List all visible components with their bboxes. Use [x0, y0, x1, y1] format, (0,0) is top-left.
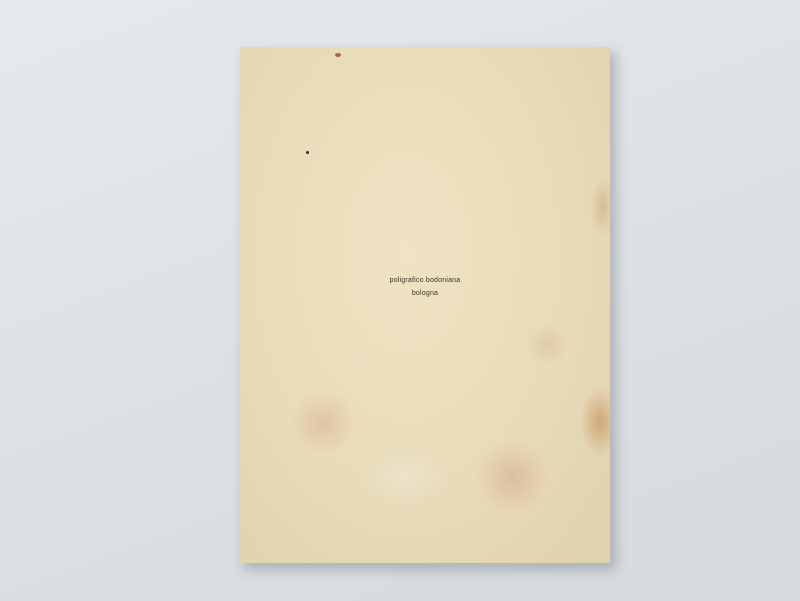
book-back-cover: poligrafico bodoniana bologna: [240, 47, 610, 563]
speck: [306, 151, 309, 154]
edge-stain: [580, 387, 610, 457]
light-patch: [360, 447, 450, 507]
imprint-publisher: poligrafico bodoniana: [240, 277, 610, 284]
speck: [335, 53, 341, 57]
edge-stain: [590, 177, 610, 237]
stain: [525, 325, 570, 365]
stain: [288, 392, 358, 454]
imprint-city: bologna: [240, 290, 610, 297]
stain: [472, 442, 552, 512]
